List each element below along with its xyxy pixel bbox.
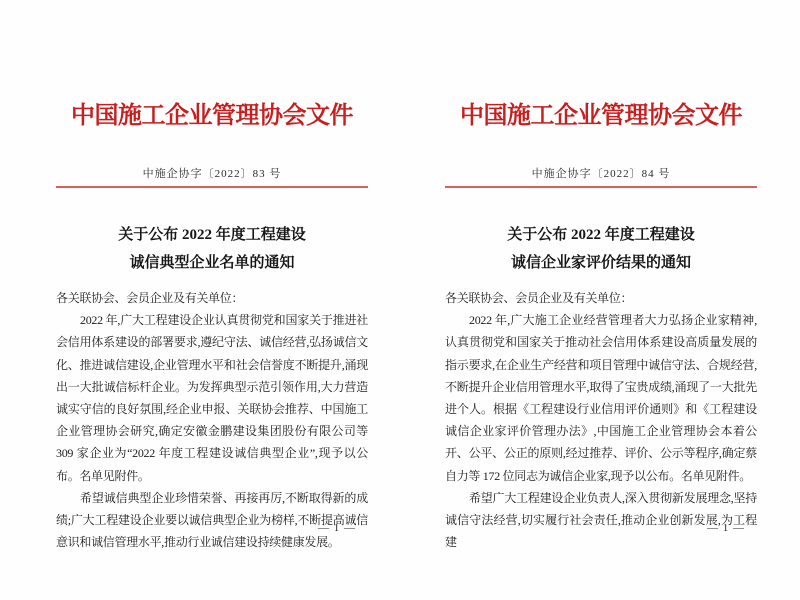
masthead-divider-rule (56, 186, 368, 188)
scanned-documents-canvas: 中国施工企业管理协会文件 中施企协字〔2022〕83 号 关于公布 2022 年… (0, 0, 800, 600)
document-title-line2: 诚信企业家评价结果的通知 (445, 249, 757, 277)
page-number: — 1 — (318, 522, 356, 534)
salutation-line: 各关联协会、会员企业及有关单位： (445, 287, 757, 309)
document-reference-number: 中施企协字〔2022〕83 号 (56, 165, 368, 181)
document-page-left: 中国施工企业管理协会文件 中施企协字〔2022〕83 号 关于公布 2022 年… (56, 0, 368, 600)
document-page-right: 中国施工企业管理协会文件 中施企协字〔2022〕84 号 关于公布 2022 年… (445, 0, 757, 600)
masthead-divider-rule (445, 186, 757, 188)
body-paragraph: 2022 年,广大工程建设企业认真贯彻党和国家关于推进社会信用体系建设的部署要求… (56, 309, 368, 487)
salutation-line: 各关联协会、会员企业及有关单位： (56, 287, 368, 309)
document-masthead: 中国施工企业管理协会文件 (56, 95, 368, 130)
document-reference-number: 中施企协字〔2022〕84 号 (445, 165, 757, 181)
document-title-line2: 诚信典型企业名单的通知 (56, 249, 368, 277)
document-body: 各关联协会、会员企业及有关单位： 2022 年,广大工程建设企业认真贯彻党和国家… (56, 287, 368, 553)
body-paragraph: 希望广大工程建设企业负责人,深入贯彻新发展理念,坚持诚信守法经营,切实履行社会责… (445, 487, 757, 554)
page-number: — 1 — (707, 522, 745, 534)
document-masthead: 中国施工企业管理协会文件 (445, 95, 757, 130)
document-title-line1: 关于公布 2022 年度工程建设 (56, 221, 368, 249)
document-title: 关于公布 2022 年度工程建设 诚信企业家评价结果的通知 (445, 221, 757, 277)
document-title: 关于公布 2022 年度工程建设 诚信典型企业名单的通知 (56, 221, 368, 277)
body-paragraph: 希望诚信典型企业珍惜荣誉、再接再厉,不断取得新的成绩;广大工程建设企业要以诚信典… (56, 487, 368, 554)
body-paragraph: 2022 年,广大施工企业经营管理者大力弘扬企业家精神,认真贯彻党和国家关于推动… (445, 309, 757, 487)
document-body: 各关联协会、会员企业及有关单位： 2022 年,广大施工企业经营管理者大力弘扬企… (445, 287, 757, 553)
document-title-line1: 关于公布 2022 年度工程建设 (445, 221, 757, 249)
